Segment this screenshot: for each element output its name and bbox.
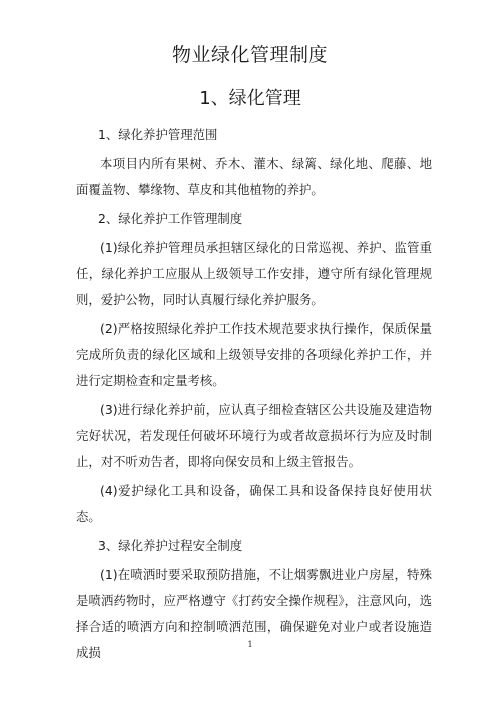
paragraph-safety-1: (1)在喷洒时要采取预防措施，不让烟雾飘进业户房屋，特殊是喷洒药物时，应严格遵守… [76,562,432,666]
paragraph-scope: 本项目内所有果树、乔木、灌木、绿篱、绿化地、爬藤、地面覆盖物、攀缘物、草皮和其他… [76,151,432,203]
paragraph-rule-2: (2)严格按照绿化养护工作技术规范要求执行操作，保质保量完成所负责的绿化区域和上… [76,316,432,394]
section-title: 1、绿化管理 [0,84,500,110]
heading-work-rules: 2、绿化养护工作管理制度 [76,206,432,232]
document-title: 物业绿化管理制度 [0,40,500,67]
page-number: 1 [0,640,500,649]
paragraph-rule-4: (4)爱护绿化工具和设备，确保工具和设备保持良好使用状态。 [76,478,432,530]
paragraph-rule-1: (1)绿化养护管理员承担辖区绿化的日常巡视、养护、监管重任，绿化养护工应服从上级… [76,235,432,313]
document-body: 1、绿化养护管理范围 本项目内所有果树、乔木、灌木、绿篱、绿化地、爬藤、地面覆盖… [76,122,432,669]
heading-scope: 1、绿化养护管理范围 [76,122,432,148]
paragraph-rule-3: (3)进行绿化养护前，应认真子细检查辖区公共设施及建造物完好状况，若发现任何破坏… [76,397,432,475]
heading-safety: 3、绿化养护过程安全制度 [76,533,432,559]
